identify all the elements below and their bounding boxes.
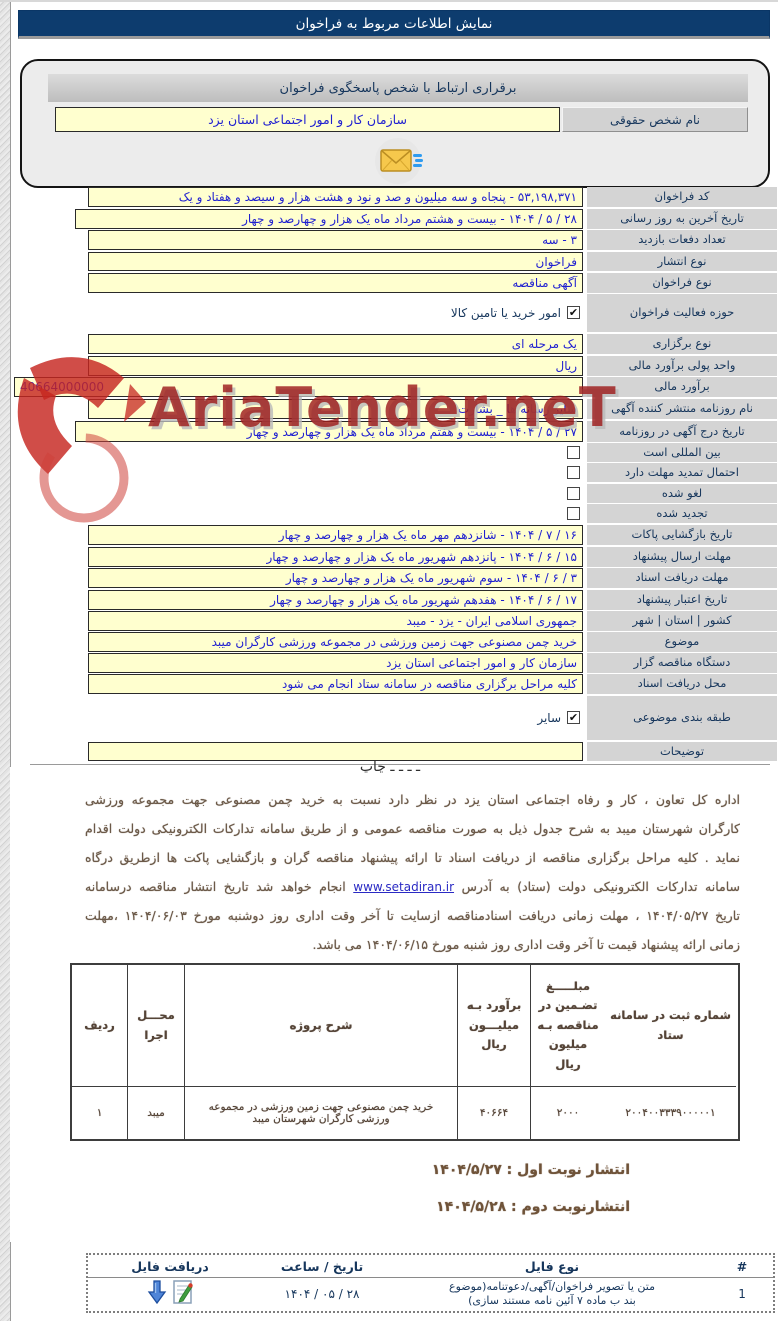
row-label: واحد پولی برآورد مالی: [587, 356, 777, 376]
scan-cropped-header: ـ ـ ـ ـ چاپ: [280, 759, 500, 773]
row-label: نوع انتشار: [587, 252, 777, 271]
publication-type-field[interactable]: فراخوان: [88, 252, 583, 271]
form-row: تعداد دفعات بازدید ۳ - سه: [0, 230, 778, 250]
row-label: نام روزنامه منتشر کننده آگهی: [587, 399, 777, 419]
files-col-download: دریافت فایل: [88, 1255, 252, 1277]
form-row: تاریخ درج آگهی در روزنامه ۲۷ / ۵ / ۱۴۰۴ …: [0, 421, 778, 442]
row-label: محل دریافت اسناد: [587, 674, 777, 694]
announcement-type-field[interactable]: آگهی مناقصه: [88, 273, 583, 293]
files-table: # نوع فایل تاریخ / ساعت دریافت فایل 1 مت…: [86, 1253, 775, 1313]
form-row: بین المللی است: [0, 443, 778, 462]
proposal-validity-date-field[interactable]: ۱۷ / ۶ / ۱۴۰۴ - هفدهم شهریور ماه یک هزار…: [88, 590, 583, 610]
scan-paragraph-line: سامانه تدارکات الکترونیکی دولت (ستاد) به…: [85, 872, 740, 901]
scan-col-row-number: ردیف: [72, 965, 127, 1087]
form-row: برآورد مالی 40664000000: [0, 377, 778, 397]
scan-text-before-url: سامانه تدارکات الکترونیکی دولت (ستاد) به…: [462, 879, 740, 894]
row-label: موضوع: [587, 632, 777, 652]
row-label: دستگاه مناقصه گزار: [587, 653, 777, 673]
scan-col-estimate: برآورد بـه میلیـــون ریال: [458, 965, 530, 1087]
scan-cell-location: میبد: [128, 1087, 184, 1139]
file-download-cell: [88, 1277, 252, 1311]
second-publication-line: انتشارنوبت دوم : ۱۴۰۴/۵/۲۸: [370, 1199, 630, 1215]
financial-estimate-field[interactable]: 40664000000: [14, 377, 583, 397]
form-row: مهلت ارسال پیشنهاد ۱۵ / ۶ / ۱۴۰۴ - پانزد…: [0, 547, 778, 567]
scan-text-after-url: انجام خواهد شد تاریخ انتشار مناقصه درسام…: [85, 879, 346, 894]
row-label: طبقه بندی موضوعی: [587, 696, 777, 740]
scan-col-project-description: شرح پروژه: [185, 965, 457, 1087]
form-row: احتمال تمدید مهلت دارد: [0, 463, 778, 482]
scan-cell-setad-number: ۲۰۰۴۰۰۳۳۳۹۰۰۰۰۰۱: [605, 1087, 736, 1139]
scan-paragraph-line: نماید . کلیه مراحل برگزاری مناقصه از دری…: [85, 843, 740, 872]
row-label: نوع فراخوان: [587, 273, 777, 293]
row-label: بین المللی است: [587, 443, 777, 462]
download-file-icon[interactable]: [146, 1279, 168, 1309]
currency-unit-field[interactable]: ریال: [88, 356, 583, 376]
scan-project-table: ردیف ۱ محـــل اجرا میبد شرح پروژه خرید چ…: [70, 963, 740, 1141]
row-label: مهلت دریافت اسناد: [587, 568, 777, 588]
files-col-number: #: [712, 1255, 772, 1277]
setadiran-link[interactable]: www.setadiran.ir: [353, 880, 454, 894]
activity-field-checkbox[interactable]: [567, 306, 580, 319]
subject-classification-checkbox-label: سایر: [463, 696, 561, 740]
document-receipt-deadline-field[interactable]: ۳ / ۶ / ۱۴۰۴ - سوم شهریور ماه یک هزار و …: [88, 568, 583, 588]
row-label: مهلت ارسال پیشنهاد: [587, 547, 777, 567]
form-row: تاریخ اعتبار پیشنهاد ۱۷ / ۶ / ۱۴۰۴ - هفد…: [0, 590, 778, 610]
tender-info-page: { "title_bar": { "text": "نمایش اطلاعات …: [0, 0, 778, 1321]
row-label: کشور | استان | شهر: [587, 611, 777, 631]
row-label: تاریخ بازگشایی پاکات: [587, 525, 777, 545]
last-update-date-field[interactable]: ۲۸ / ۵ / ۱۴۰۴ - بیست و هشتم مرداد ماه یک…: [75, 209, 583, 229]
form-row: طبقه بندی موضوعی سایر: [0, 696, 778, 740]
form-row: کد فراخوان ۵۳,۱۹۸,۳۷۱ - پنجاه و سه میلیو…: [0, 187, 778, 207]
form-row: مهلت دریافت اسناد ۳ / ۶ / ۱۴۰۴ - سوم شهر…: [0, 568, 778, 588]
row-label: کد فراخوان: [587, 187, 777, 207]
row-label: احتمال تمدید مهلت دارد: [587, 463, 777, 482]
file-type-line: متن یا تصویر فراخوان/آگهی/دعوتنامه(موضوع: [449, 1280, 655, 1294]
scan-cell-project-description: خرید چمن مصنوعی جهت زمین ورزشی در مجموعه…: [185, 1087, 457, 1139]
file-datetime-cell: ۲۸ / ۰۵ / ۱۴۰۴: [252, 1277, 392, 1311]
form-row: محل دریافت اسناد کلیه مراحل برگزاری مناق…: [0, 674, 778, 694]
form-row: نام روزنامه منتشر کننده آگهی سایر رسانه …: [0, 399, 778, 419]
form-row: واحد پولی برآورد مالی ریال: [0, 356, 778, 376]
form-row: نوع فراخوان آگهی مناقصه: [0, 273, 778, 293]
file-type-cell: متن یا تصویر فراخوان/آگهی/دعوتنامه(موضوع…: [392, 1277, 712, 1311]
legal-person-label: نام شخص حقوقی: [562, 107, 748, 132]
contact-box-header: برقراری ارتباط با شخص پاسخگوی فراخوان: [48, 74, 748, 102]
legal-person-field[interactable]: سازمان کار و امور اجتماعی استان یزد: [55, 107, 560, 132]
file-type-line: بند ب ماده ۷ آئین نامه مستند سازی): [449, 1294, 655, 1308]
form-row: نوع انتشار فراخوان: [0, 252, 778, 271]
country-province-city-field[interactable]: جمهوری اسلامی ایران - یزد - میبد: [88, 611, 583, 631]
scan-paragraph-line: اداره کل تعاون ، کار و رفاه اجتماعی استا…: [85, 785, 740, 814]
edit-file-icon[interactable]: [172, 1279, 194, 1309]
subject-classification-checkbox[interactable]: [567, 711, 580, 724]
announcement-code-field[interactable]: ۵۳,۱۹۸,۳۷۱ - پنجاه و سه میلیون و صد و نو…: [88, 187, 583, 207]
email-envelope-icon[interactable]: [374, 137, 424, 185]
scan-col-setad-number: شماره ثبت در سامانه ستاد: [605, 965, 736, 1087]
first-publication-line: انتشار نوبت اول : ۱۴۰۴/۵/۲۷: [370, 1162, 630, 1178]
scan-cell-guarantee: ۲۰۰۰: [531, 1087, 605, 1139]
extension-possible-checkbox[interactable]: [567, 466, 580, 479]
scan-paragraph-line: کارگران شهرستان میبد به شرح جدول ذیل به …: [85, 814, 740, 843]
form-row: تاریخ بازگشایی پاکات ۱۶ / ۷ / ۱۴۰۴ - شان…: [0, 525, 778, 545]
row-label: برآورد مالی: [587, 377, 777, 397]
row-label: تاریخ درج آگهی در روزنامه: [587, 421, 777, 442]
holding-type-field[interactable]: یک مرحله ای: [88, 334, 583, 354]
form-row: حوزه فعالیت فراخوان امور خرید یا تامین ک…: [0, 294, 778, 332]
file-row-number: 1: [712, 1277, 772, 1311]
newspaper-name-field[interactable]: سایر رسانه ها _ بشارت: [88, 399, 583, 419]
row-label: حوزه فعالیت فراخوان: [587, 294, 777, 332]
files-table-header: # نوع فایل تاریخ / ساعت دریافت فایل: [88, 1255, 773, 1278]
form-row: نوع برگزاری یک مرحله ای: [0, 334, 778, 354]
proposal-deadline-field[interactable]: ۱۵ / ۶ / ۱۴۰۴ - پانزدهم شهریور ماه یک هز…: [88, 547, 583, 567]
newspaper-date-field[interactable]: ۲۷ / ۵ / ۱۴۰۴ - بیست و هفتم مرداد ماه یک…: [75, 421, 583, 442]
tendering-agency-field[interactable]: سازمان کار و امور اجتماعی استان یزد: [88, 653, 583, 673]
international-checkbox[interactable]: [567, 446, 580, 459]
files-col-datetime: تاریخ / ساعت: [252, 1255, 392, 1277]
row-label: تجدید شده: [587, 504, 777, 523]
form-row: دستگاه مناقصه گزار سازمان کار و امور اجت…: [0, 653, 778, 673]
form-row: کشور | استان | شهر جمهوری اسلامی ایران -…: [0, 611, 778, 631]
scan-paragraph-line: زمانی ارائه پیشنهاد قیمت تا آخر وقت ادار…: [85, 930, 740, 959]
document-location-field[interactable]: کلیه مراحل برگزاری مناقصه در سامانه ستاد…: [88, 674, 583, 694]
subject-field[interactable]: خرید چمن مصنوعی جهت زمین ورزشی در مجموعه…: [88, 632, 583, 652]
row-label: تعداد دفعات بازدید: [587, 230, 777, 250]
activity-field-checkbox-label: امور خرید یا تامین کالا: [363, 294, 561, 332]
row-label: لغو شده: [587, 484, 777, 503]
form-row: لغو شده: [0, 484, 778, 503]
form-row: تجدید شده: [0, 504, 778, 523]
scan-col-location: محـــل اجرا: [128, 965, 184, 1087]
scanned-advertisement: ـ ـ ـ ـ چاپ اداره کل تعاون ، کار و رفاه …: [10, 767, 778, 1242]
page-title: نمایش اطلاعات مربوط به فراخوان: [18, 10, 770, 39]
cancelled-checkbox[interactable]: [567, 487, 580, 500]
scan-paragraph-line: تاریخ ۱۴۰۴/۰۵/۲۷ ، مهلت زمانی دریافت اسن…: [85, 901, 740, 930]
renewed-checkbox[interactable]: [567, 507, 580, 520]
row-label: تاریخ آخرین به روز رسانی: [587, 209, 777, 229]
contact-box: برقراری ارتباط با شخص پاسخگوی فراخوان نا…: [20, 59, 770, 188]
form-row: موضوع خرید چمن مصنوعی جهت زمین ورزشی در …: [0, 632, 778, 652]
scan-cell-estimate: ۴۰۶۶۴: [458, 1087, 530, 1139]
scan-cell-row-number: ۱: [72, 1087, 127, 1139]
form-row: تاریخ آخرین به روز رسانی ۲۸ / ۵ / ۱۴۰۴ -…: [0, 209, 778, 229]
row-label: توضیحات: [587, 742, 777, 761]
visit-count-field[interactable]: ۳ - سه: [88, 230, 583, 250]
row-label: تاریخ اعتبار پیشنهاد: [587, 590, 777, 610]
envelope-opening-date-field[interactable]: ۱۶ / ۷ / ۱۴۰۴ - شانزدهم مهر ماه یک هزار …: [88, 525, 583, 545]
scan-paragraph: اداره کل تعاون ، کار و رفاه اجتماعی استا…: [85, 785, 740, 959]
files-col-type: نوع فایل: [392, 1255, 712, 1277]
row-label: نوع برگزاری: [587, 334, 777, 354]
scan-col-guarantee: مبلـــــغ تضـمین در مناقصه بـه میلیون ری…: [531, 965, 605, 1087]
